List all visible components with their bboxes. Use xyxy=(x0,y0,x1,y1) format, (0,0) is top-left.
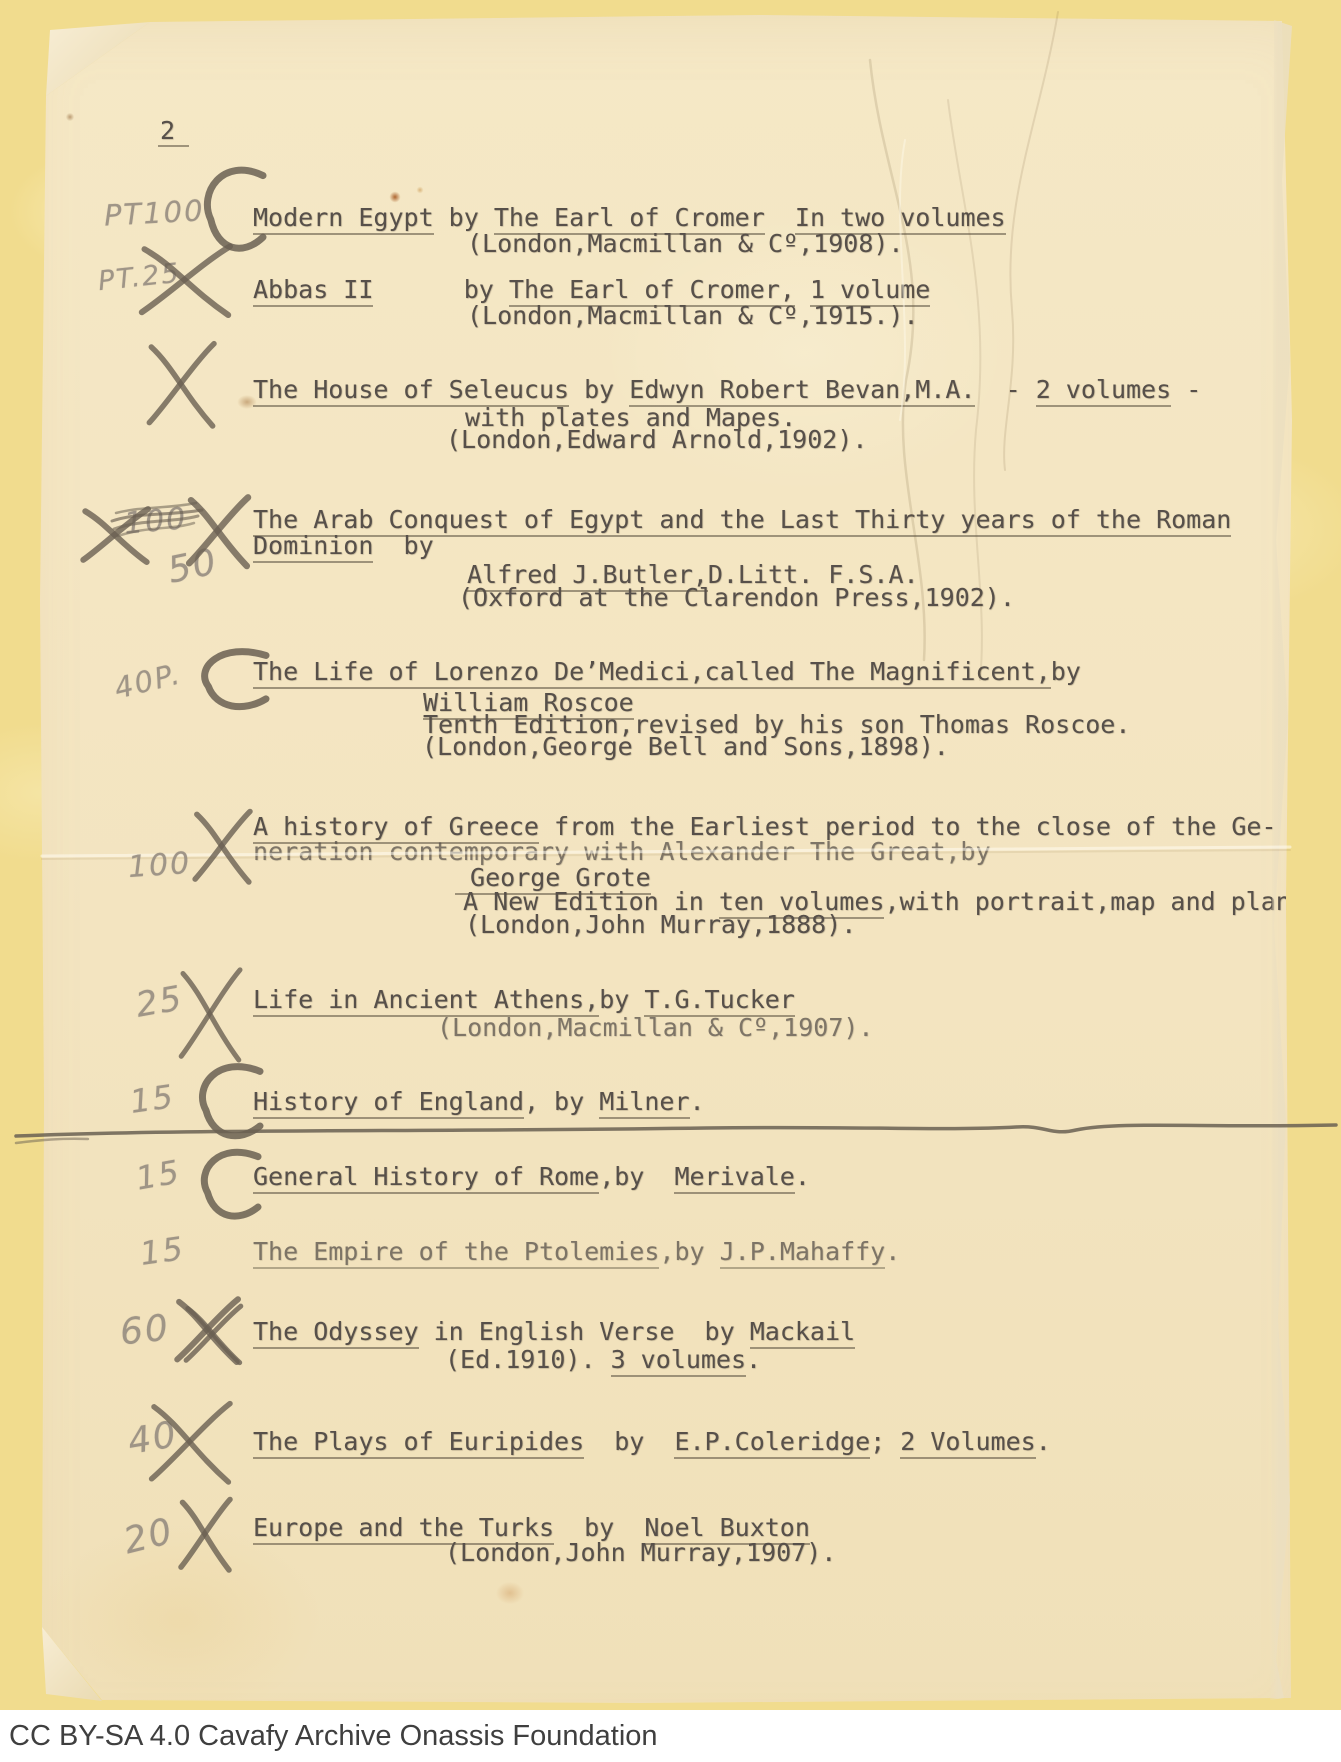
typed-line: (London,Macmillan & Cº,1915.). xyxy=(467,303,919,328)
typed-line: (London,Macmillan & Cº,1908). xyxy=(467,231,904,256)
document-scan: { "page": { "number": "2", "caption": "C… xyxy=(0,0,1341,1762)
typed-line: Europe and the Turks by Noel Buxton xyxy=(253,1515,810,1540)
typed-line: Abbas II by The Earl of Cromer, 1 volume xyxy=(253,277,930,302)
pencil-note: PT100 xyxy=(103,193,205,232)
pencil-note: 100 xyxy=(127,846,193,885)
typed-line: Modern Egypt by The Earl of Cromer In tw… xyxy=(253,205,1006,230)
caption-bar: CC BY-SA 4.0 Cavafy Archive Onassis Foun… xyxy=(0,1710,1341,1762)
pencil-note: 100 xyxy=(123,501,189,541)
typed-line: The Empire of the Ptolemies,by J.P.Mahaf… xyxy=(253,1239,900,1264)
typed-line: The Odyssey in English Verse by Mackail xyxy=(253,1319,855,1344)
pencil-note: 25 xyxy=(133,978,186,1026)
pencil-note: 15 xyxy=(138,1229,188,1273)
typed-line: (London,Edward Arnold,1902). xyxy=(446,427,867,452)
typed-line: The House of Seleucus by Edwyn Robert Be… xyxy=(253,377,1201,402)
typed-line: (London,Macmillan & Cº,1907). xyxy=(437,1015,874,1040)
typed-line: (Oxford at the Clarendon Press,1902). xyxy=(458,585,1015,610)
pencil-note: 60 xyxy=(118,1308,172,1354)
pencil-note: 15 xyxy=(133,1152,184,1197)
paper: 2 Modern Egypt by The Earl of Cromer In … xyxy=(0,0,1341,1762)
pencil-note: 40 xyxy=(125,1414,181,1463)
typed-line: The Arab Conquest of Egypt and the Last … xyxy=(253,507,1231,532)
typed-line: (Ed.1910). 3 volumes. xyxy=(445,1347,761,1372)
typed-line: General History of Rome,by Merivale. xyxy=(253,1164,810,1189)
typed-line: Life in Ancient Athens,by T.G.Tucker xyxy=(253,987,795,1012)
page-number: 2 xyxy=(158,118,189,147)
typed-line: (London,John Murray,1888). xyxy=(465,912,856,937)
typed-line: neration contemporary with Alexander The… xyxy=(253,839,991,864)
caption-text: CC BY-SA 4.0 Cavafy Archive Onassis Foun… xyxy=(9,1720,658,1753)
typed-line: The Plays of Euripides by E.P.Coleridge;… xyxy=(253,1429,1051,1454)
typed-line: A history of Greece from the Earliest pe… xyxy=(253,814,1277,839)
pencil-note: 15 xyxy=(128,1077,178,1121)
typed-line: Dominion by xyxy=(253,533,434,558)
typed-line: (London,John Murray,1907). xyxy=(445,1540,836,1565)
typed-line: History of England, by Milner. xyxy=(253,1089,705,1114)
typed-line: (London,George Bell and Sons,1898). xyxy=(422,734,949,759)
typed-line: The Life of Lorenzo De’Medici,called The… xyxy=(253,659,1081,684)
